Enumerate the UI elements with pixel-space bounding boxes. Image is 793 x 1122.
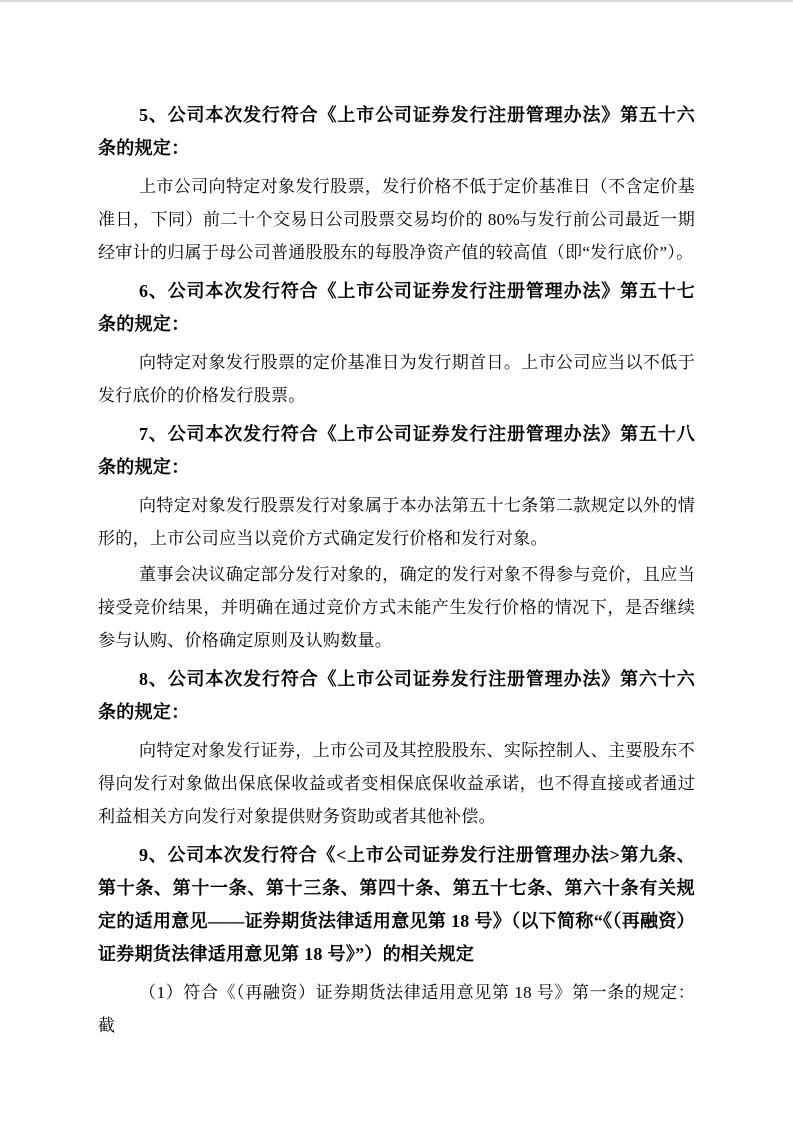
section-7-paragraph-2: 董事会决议确定部分发行对象的，确定的发行对象不得参与竞价，且应当接受竞价结果，并… [98, 558, 695, 657]
section-6-paragraph: 向特定对象发行股票的定价基准日为发行期首日。上市公司应当以不低于发行底价的价格发… [98, 346, 695, 412]
scan-edge-artifact [0, 0, 793, 2]
section-7-paragraph-1: 向特定对象发行股票发行对象属于本办法第五十七条第二款规定以外的情形的，上市公司应… [98, 489, 695, 555]
page-content: 5、公司本次发行符合《上市公司证券发行注册管理办法》第五十六条的规定： 上市公司… [98, 93, 695, 1045]
section-7-heading: 7、公司本次发行符合《上市公司证券发行注册管理办法》第五十八条的规定： [98, 418, 695, 484]
section-5-paragraph: 上市公司向特定对象发行股票，发行价格不低于定价基准日（不含定价基准日，下同）前二… [98, 170, 695, 269]
document-page: 5、公司本次发行符合《上市公司证券发行注册管理办法》第五十六条的规定： 上市公司… [0, 0, 793, 1122]
section-9-heading: 9、公司本次发行符合《<上市公司证券发行注册管理办法>第九条、第十条、第十一条、… [98, 839, 695, 971]
section-9-paragraph-1: （1）符合《（再融资）证券期货法律适用意见第 18 号》第一条的规定：截 [98, 976, 695, 1042]
section-6-heading: 6、公司本次发行符合《上市公司证券发行注册管理办法》第五十七条的规定： [98, 275, 695, 341]
section-8-heading: 8、公司本次发行符合《上市公司证券发行注册管理办法》第六十六条的规定： [98, 663, 695, 729]
section-8-paragraph: 向特定对象发行证券，上市公司及其控股股东、实际控制人、主要股东不得向发行对象做出… [98, 734, 695, 833]
section-5-heading: 5、公司本次发行符合《上市公司证券发行注册管理办法》第五十六条的规定： [98, 99, 695, 165]
